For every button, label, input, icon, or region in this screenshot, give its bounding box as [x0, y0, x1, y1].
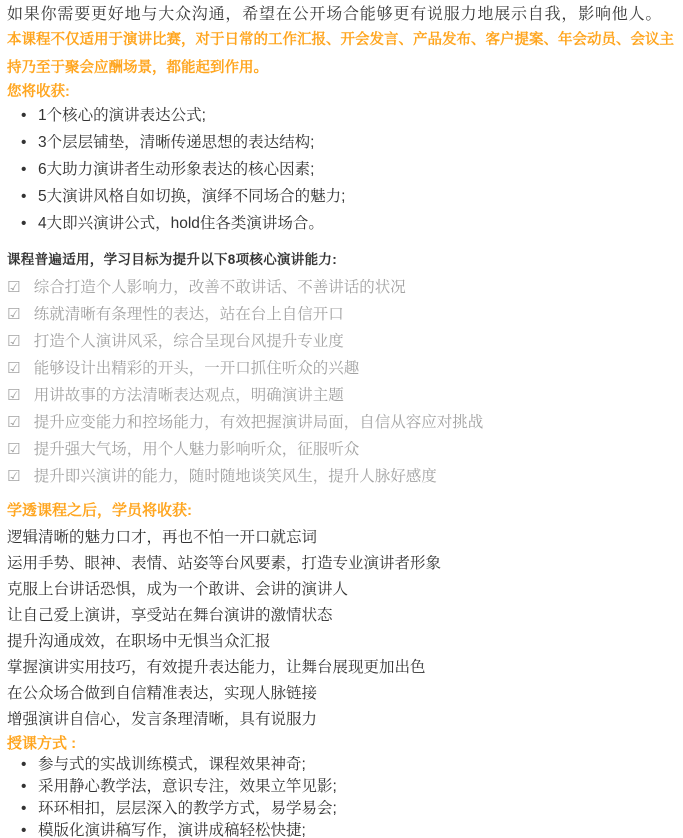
outcome-item-text: 在公众场合做到自信精准表达，实现人脉链接 — [7, 681, 675, 707]
gains-list-item: • 1个核心的演讲表达公式; — [7, 102, 675, 129]
teaching-list-item: • 环环相扣，层层深入的教学方式，易学易会; — [7, 798, 675, 820]
teaching-method-list: • 参与式的实战训练模式，课程效果神奇; • 采用静心教学法，意识专注，效果立竿… — [7, 754, 675, 838]
gains-list: • 1个核心的演讲表达公式; • 3个层层铺垫，清晰传递思想的表达结构; • 6… — [7, 102, 675, 237]
abilities-list: ☑ 综合打造个人影响力，改善不敢讲话、不善讲话的状况 ☑ 练就清晰有条理性的表达… — [7, 274, 675, 490]
checkbox-checked-icon: ☑ — [7, 436, 20, 463]
checkbox-checked-icon: ☑ — [7, 409, 20, 436]
gains-item-text: 6大助力演讲者生动形象表达的核心因素; — [38, 161, 314, 178]
ability-item-text: 提升即兴演讲的能力，随时随地谈笑风生，提升人脉好感度 — [34, 468, 437, 485]
ability-item: ☑ 综合打造个人影响力，改善不敢讲话、不善讲话的状况 — [7, 274, 675, 301]
teaching-item-text: 参与式的实战训练模式，课程效果神奇; — [38, 756, 306, 773]
checkbox-checked-icon: ☑ — [7, 328, 20, 355]
ability-item: ☑ 打造个人演讲风采，综合呈现台风提升专业度 — [7, 328, 675, 355]
checkbox-checked-icon: ☑ — [7, 274, 20, 301]
ability-item-text: 综合打造个人影响力，改善不敢讲话、不善讲话的状况 — [34, 279, 406, 296]
checkbox-checked-icon: ☑ — [7, 355, 20, 382]
ability-item-text: 练就清晰有条理性的表达，站在台上自信开口 — [34, 306, 344, 323]
abilities-header: 课程普遍适用，学习目标为提升以下8项核心演讲能力: — [7, 250, 675, 270]
checkbox-checked-icon: ☑ — [7, 463, 20, 490]
outcome-item-text: 运用手势、眼神、表情、站姿等台风要素，打造专业演讲者形象 — [7, 551, 675, 577]
outcomes-header: 学透课程之后，学员将收获: — [7, 500, 675, 521]
teaching-list-item: • 采用静心教学法，意识专注，效果立竿见影; — [7, 776, 675, 798]
gains-item-text: 3个层层铺垫，清晰传递思想的表达结构; — [38, 134, 314, 151]
bullet-icon: • — [21, 776, 26, 798]
ability-item: ☑ 用讲故事的方法清晰表达观点，明确演讲主题 — [7, 382, 675, 409]
bullet-icon: • — [21, 183, 26, 210]
course-scope-text: 本课程不仅适用于演讲比赛，对于日常的工作汇报、开会发言、产品发布、客户提案、年会… — [7, 26, 675, 82]
ability-item: ☑ 能够设计出精彩的开头，一开口抓住听众的兴趣 — [7, 355, 675, 382]
bullet-icon: • — [21, 129, 26, 156]
checkbox-checked-icon: ☑ — [7, 382, 20, 409]
bullet-icon: • — [21, 754, 26, 776]
outcome-item-text: 逻辑清晰的魅力口才，再也不怕一开口就忘词 — [7, 525, 675, 551]
gains-header: 您将收获: — [7, 82, 675, 102]
outcome-item-text: 让自己爱上演讲，享受站在舞台演讲的激情状态 — [7, 603, 675, 629]
course-description-document: 如果你需要更好地与大众沟通，希望在公开场合能够更有说服力地展示自我，影响他人。 … — [0, 0, 683, 838]
ability-item-text: 用讲故事的方法清晰表达观点，明确演讲主题 — [34, 387, 344, 404]
ability-item: ☑ 练就清晰有条理性的表达，站在台上自信开口 — [7, 301, 675, 328]
ability-item: ☑ 提升强大气场，用个人魅力影响听众，征服听众 — [7, 436, 675, 463]
gains-list-item: • 5大演讲风格自如切换，演绎不同场合的魅力; — [7, 183, 675, 210]
bullet-icon: • — [21, 210, 26, 237]
outcome-item-text: 克服上台讲话恐惧，成为一个敢讲、会讲的演讲人 — [7, 577, 675, 603]
bullet-icon: • — [21, 798, 26, 820]
ability-item-text: 提升应变能力和控场能力，有效把握演讲局面，自信从容应对挑战 — [34, 414, 484, 431]
outcome-item-text: 增强演讲自信心，发言条理清晰，具有说服力 — [7, 707, 675, 733]
gains-list-item: • 6大助力演讲者生动形象表达的核心因素; — [7, 156, 675, 183]
outcome-item-text: 掌握演讲实用技巧，有效提升表达能力，让舞台展现更加出色 — [7, 655, 675, 681]
gains-list-item: • 3个层层铺垫，清晰传递思想的表达结构; — [7, 129, 675, 156]
teaching-method-header: 授课方式 : — [7, 733, 675, 754]
teaching-list-item: • 模版化演讲稿写作，演讲成稿轻松快捷; — [7, 820, 675, 838]
intro-text: 如果你需要更好地与大众沟通，希望在公开场合能够更有说服力地展示自我，影响他人。 — [7, 3, 675, 26]
teaching-item-text: 采用静心教学法，意识专注，效果立竿见影; — [38, 778, 337, 795]
outcome-item-text: 提升沟通成效，在职场中无惧当众汇报 — [7, 629, 675, 655]
bullet-icon: • — [21, 102, 26, 129]
ability-item: ☑ 提升即兴演讲的能力，随时随地谈笑风生，提升人脉好感度 — [7, 463, 675, 490]
ability-item-text: 打造个人演讲风采，综合呈现台风提升专业度 — [34, 333, 344, 350]
checkbox-checked-icon: ☑ — [7, 301, 20, 328]
outcomes-list: 逻辑清晰的魅力口才，再也不怕一开口就忘词 运用手势、眼神、表情、站姿等台风要素，… — [7, 525, 675, 733]
gains-item-text: 5大演讲风格自如切换，演绎不同场合的魅力; — [38, 188, 345, 205]
bullet-icon: • — [21, 820, 26, 838]
teaching-item-text: 模版化演讲稿写作，演讲成稿轻松快捷; — [38, 822, 306, 838]
gains-list-item: • 4大即兴演讲公式，hold住各类演讲场合。 — [7, 210, 675, 237]
ability-item-text: 提升强大气场，用个人魅力影响听众，征服听众 — [34, 441, 360, 458]
gains-item-text: 1个核心的演讲表达公式; — [38, 107, 206, 124]
ability-item-text: 能够设计出精彩的开头，一开口抓住听众的兴趣 — [34, 360, 360, 377]
teaching-item-text: 环环相扣，层层深入的教学方式，易学易会; — [38, 800, 337, 817]
bullet-icon: • — [21, 156, 26, 183]
teaching-list-item: • 参与式的实战训练模式，课程效果神奇; — [7, 754, 675, 776]
ability-item: ☑ 提升应变能力和控场能力，有效把握演讲局面，自信从容应对挑战 — [7, 409, 675, 436]
gains-item-text: 4大即兴演讲公式，hold住各类演讲场合。 — [38, 215, 324, 232]
